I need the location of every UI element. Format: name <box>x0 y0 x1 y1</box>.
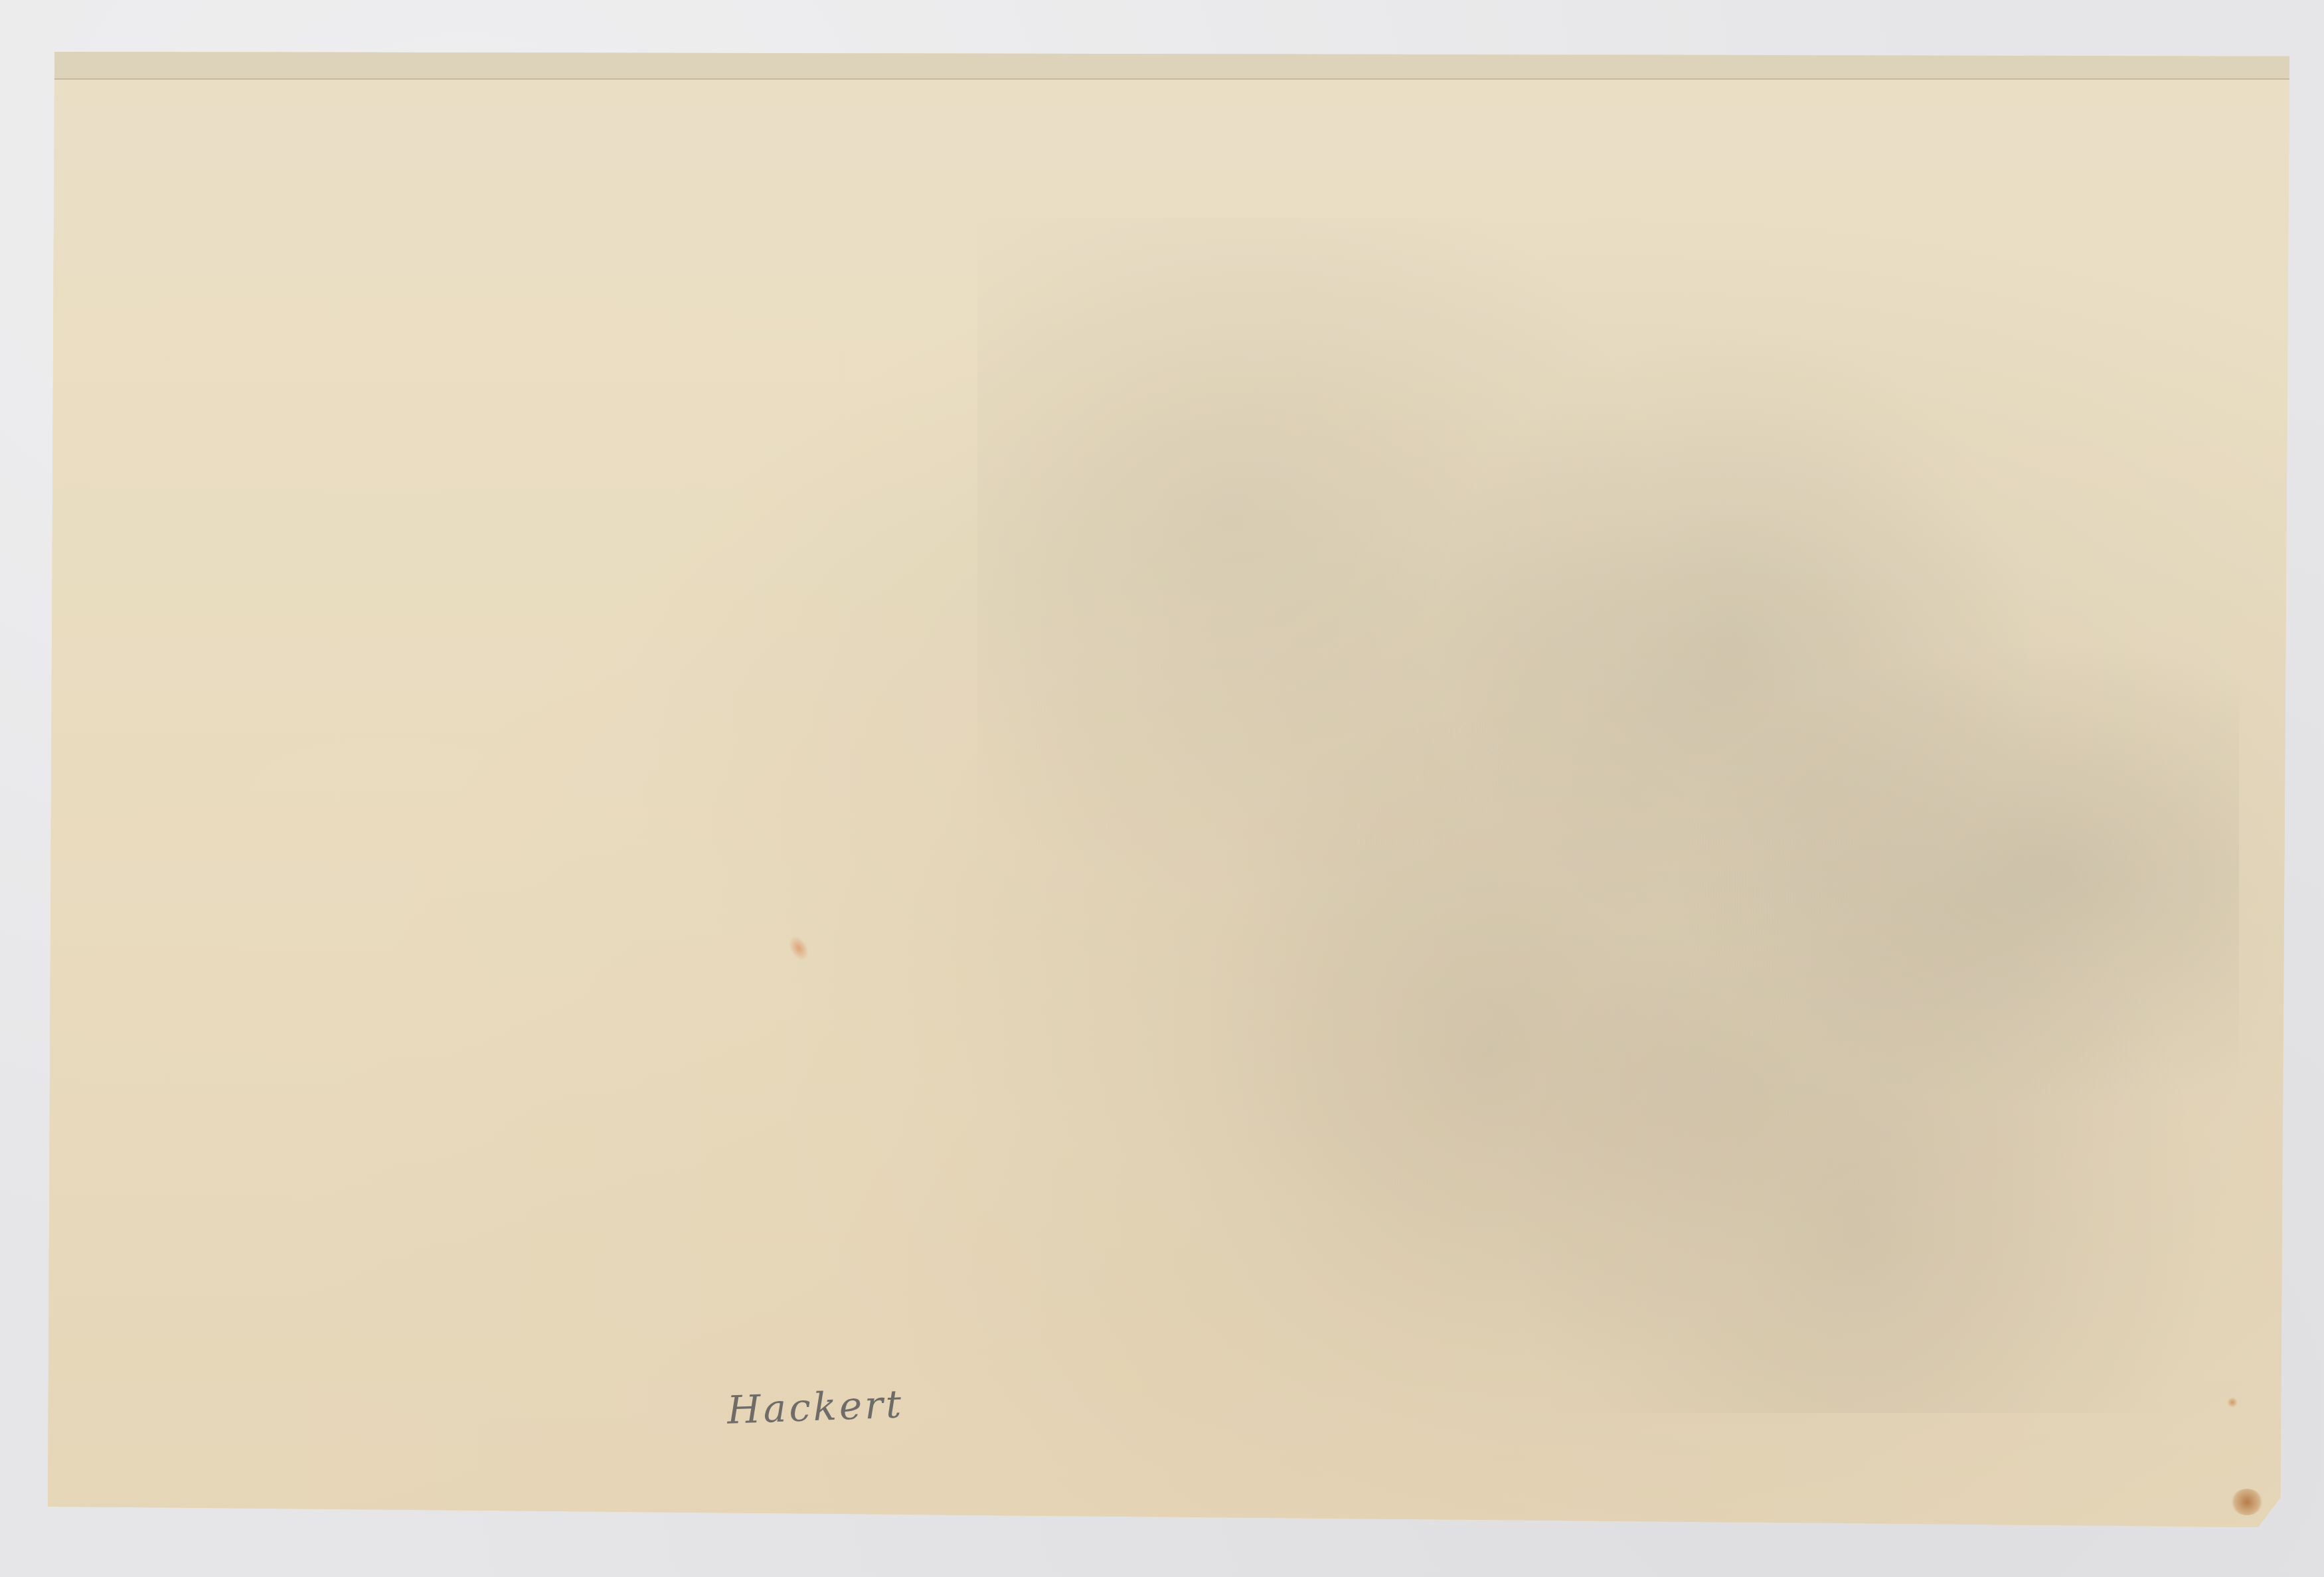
pencil-inscription: Hackert <box>726 1381 904 1432</box>
hinge-tape-strip <box>48 52 2289 80</box>
paper-sheet <box>48 52 2289 1527</box>
graphite-show-through <box>977 218 2239 1413</box>
foxing-stain-corner <box>2231 1489 2263 1515</box>
red-mark <box>785 932 813 964</box>
foxing-dot <box>2227 1397 2238 1408</box>
